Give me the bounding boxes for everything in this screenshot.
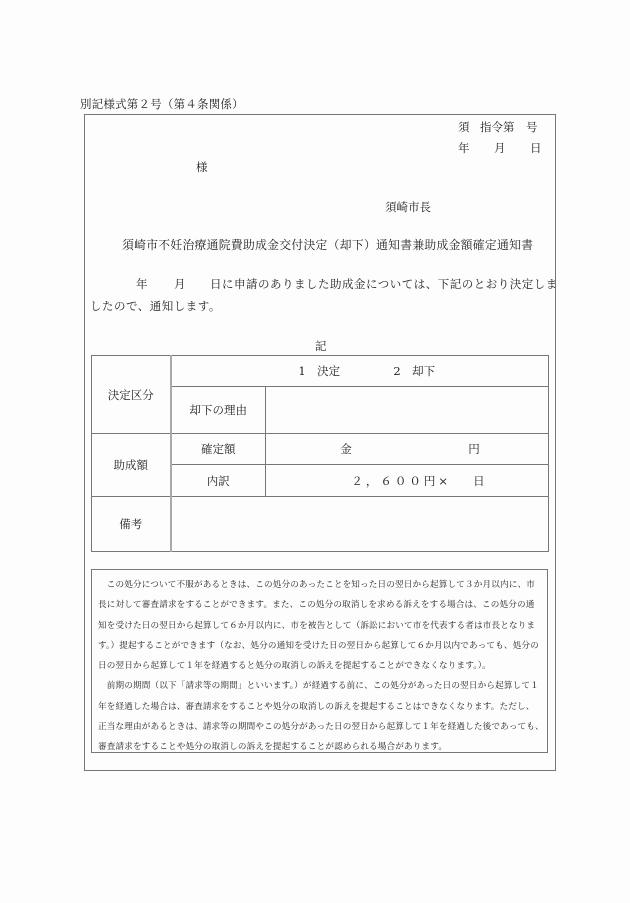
decision-options: 1 決定2 却下 [171, 356, 549, 387]
ki-label: 記 [315, 338, 327, 354]
remarks-value [171, 497, 549, 552]
notice-line: この処分について不服があるときは、この処分のあったことを知った日の翌日から起算し… [98, 575, 541, 595]
day-label: 日 [530, 141, 542, 155]
notice-line: す。）提起することができます（なお、処分の通知を受けた日の翌日から起算して６か月… [98, 636, 541, 656]
body-text-line-1: 年月日に申請のありました助成金については、下記のとおり決定しま [90, 276, 558, 292]
form-number-label: 別記様式第２号（第４条関係） [80, 96, 244, 112]
addressee: 様 [196, 159, 208, 175]
confirmed-amount-value: 金円 [266, 434, 549, 465]
notice-line: 長に対して審査請求をすることができます。また、この処分の取消しを求める訴えをする… [98, 595, 541, 615]
notice-line: 年を経過した場合は、審査請求をすることや処分の取消しの訴えを提起することはできな… [98, 697, 541, 717]
decision-table: 決定区分 1 決定2 却下 却下の理由 助成額 確定額 金円 内訳 ２，６００円… [91, 355, 549, 552]
rejection-reason-label: 却下の理由 [171, 387, 266, 434]
notice-line: 正当な理由があるときは、請求等の期間やこの処分があった日の翌日から起算して１年を… [98, 717, 541, 737]
issue-date-line: 年月日 [458, 140, 542, 156]
year-label: 年 [458, 140, 494, 156]
body-month: 月 [174, 276, 210, 292]
document-number-line: 須指令第号 [458, 119, 538, 135]
breakdown-label: 内訳 [171, 465, 266, 497]
notice-line: 前期の期間（以下「請求等の期間」といいます。）が経過する前に、この処分があった日… [98, 676, 541, 696]
option-reject: 2 却下 [393, 363, 435, 379]
days-suffix: 日 [473, 474, 485, 488]
document-title: 須崎市不妊治療通院費助成金交付決定（却下）通知書兼助成金額確定通知書 [122, 236, 533, 253]
number-prefix: 須 [458, 119, 480, 135]
notice-line: 知を受けた日の翌日から起算して６か月以内に、市を被告として（訴訟において市を代表… [98, 616, 541, 636]
number-suffix: 号 [526, 119, 538, 135]
body-year: 年 [136, 276, 174, 292]
body-text-line-2: したので、通知します。 [90, 298, 221, 314]
sender-mayor: 須崎市長 [385, 199, 431, 215]
amount-prefix: 金 [334, 441, 468, 457]
amount-suffix: 円 [468, 442, 480, 456]
notice-line: 日の翌日から起算して１年を経過すると処分の取消しの訴えを提起することができなくな… [98, 656, 541, 676]
grant-amount-label: 助成額 [92, 434, 171, 497]
number-mid: 指令第 [480, 119, 526, 135]
decision-category-label: 決定区分 [92, 356, 171, 434]
notice-line: 審査請求をすることや処分の取消しの訴えを提起することが認められる場合があります。 [98, 737, 541, 757]
body-rest: 日に申請のありました助成金については、下記のとおり決定しま [210, 277, 558, 291]
daily-rate: ２，６００円× [329, 474, 451, 488]
breakdown-value: ２，６００円×日 [266, 465, 549, 497]
month-label: 月 [494, 140, 530, 156]
rejection-reason-value [266, 387, 549, 434]
appeal-notice-box: この処分について不服があるときは、この処分のあったことを知った日の翌日から起算し… [91, 569, 548, 753]
confirmed-amount-label: 確定額 [171, 434, 266, 465]
remarks-label: 備考 [92, 497, 171, 552]
option-approve: 1 決定 [284, 363, 393, 379]
